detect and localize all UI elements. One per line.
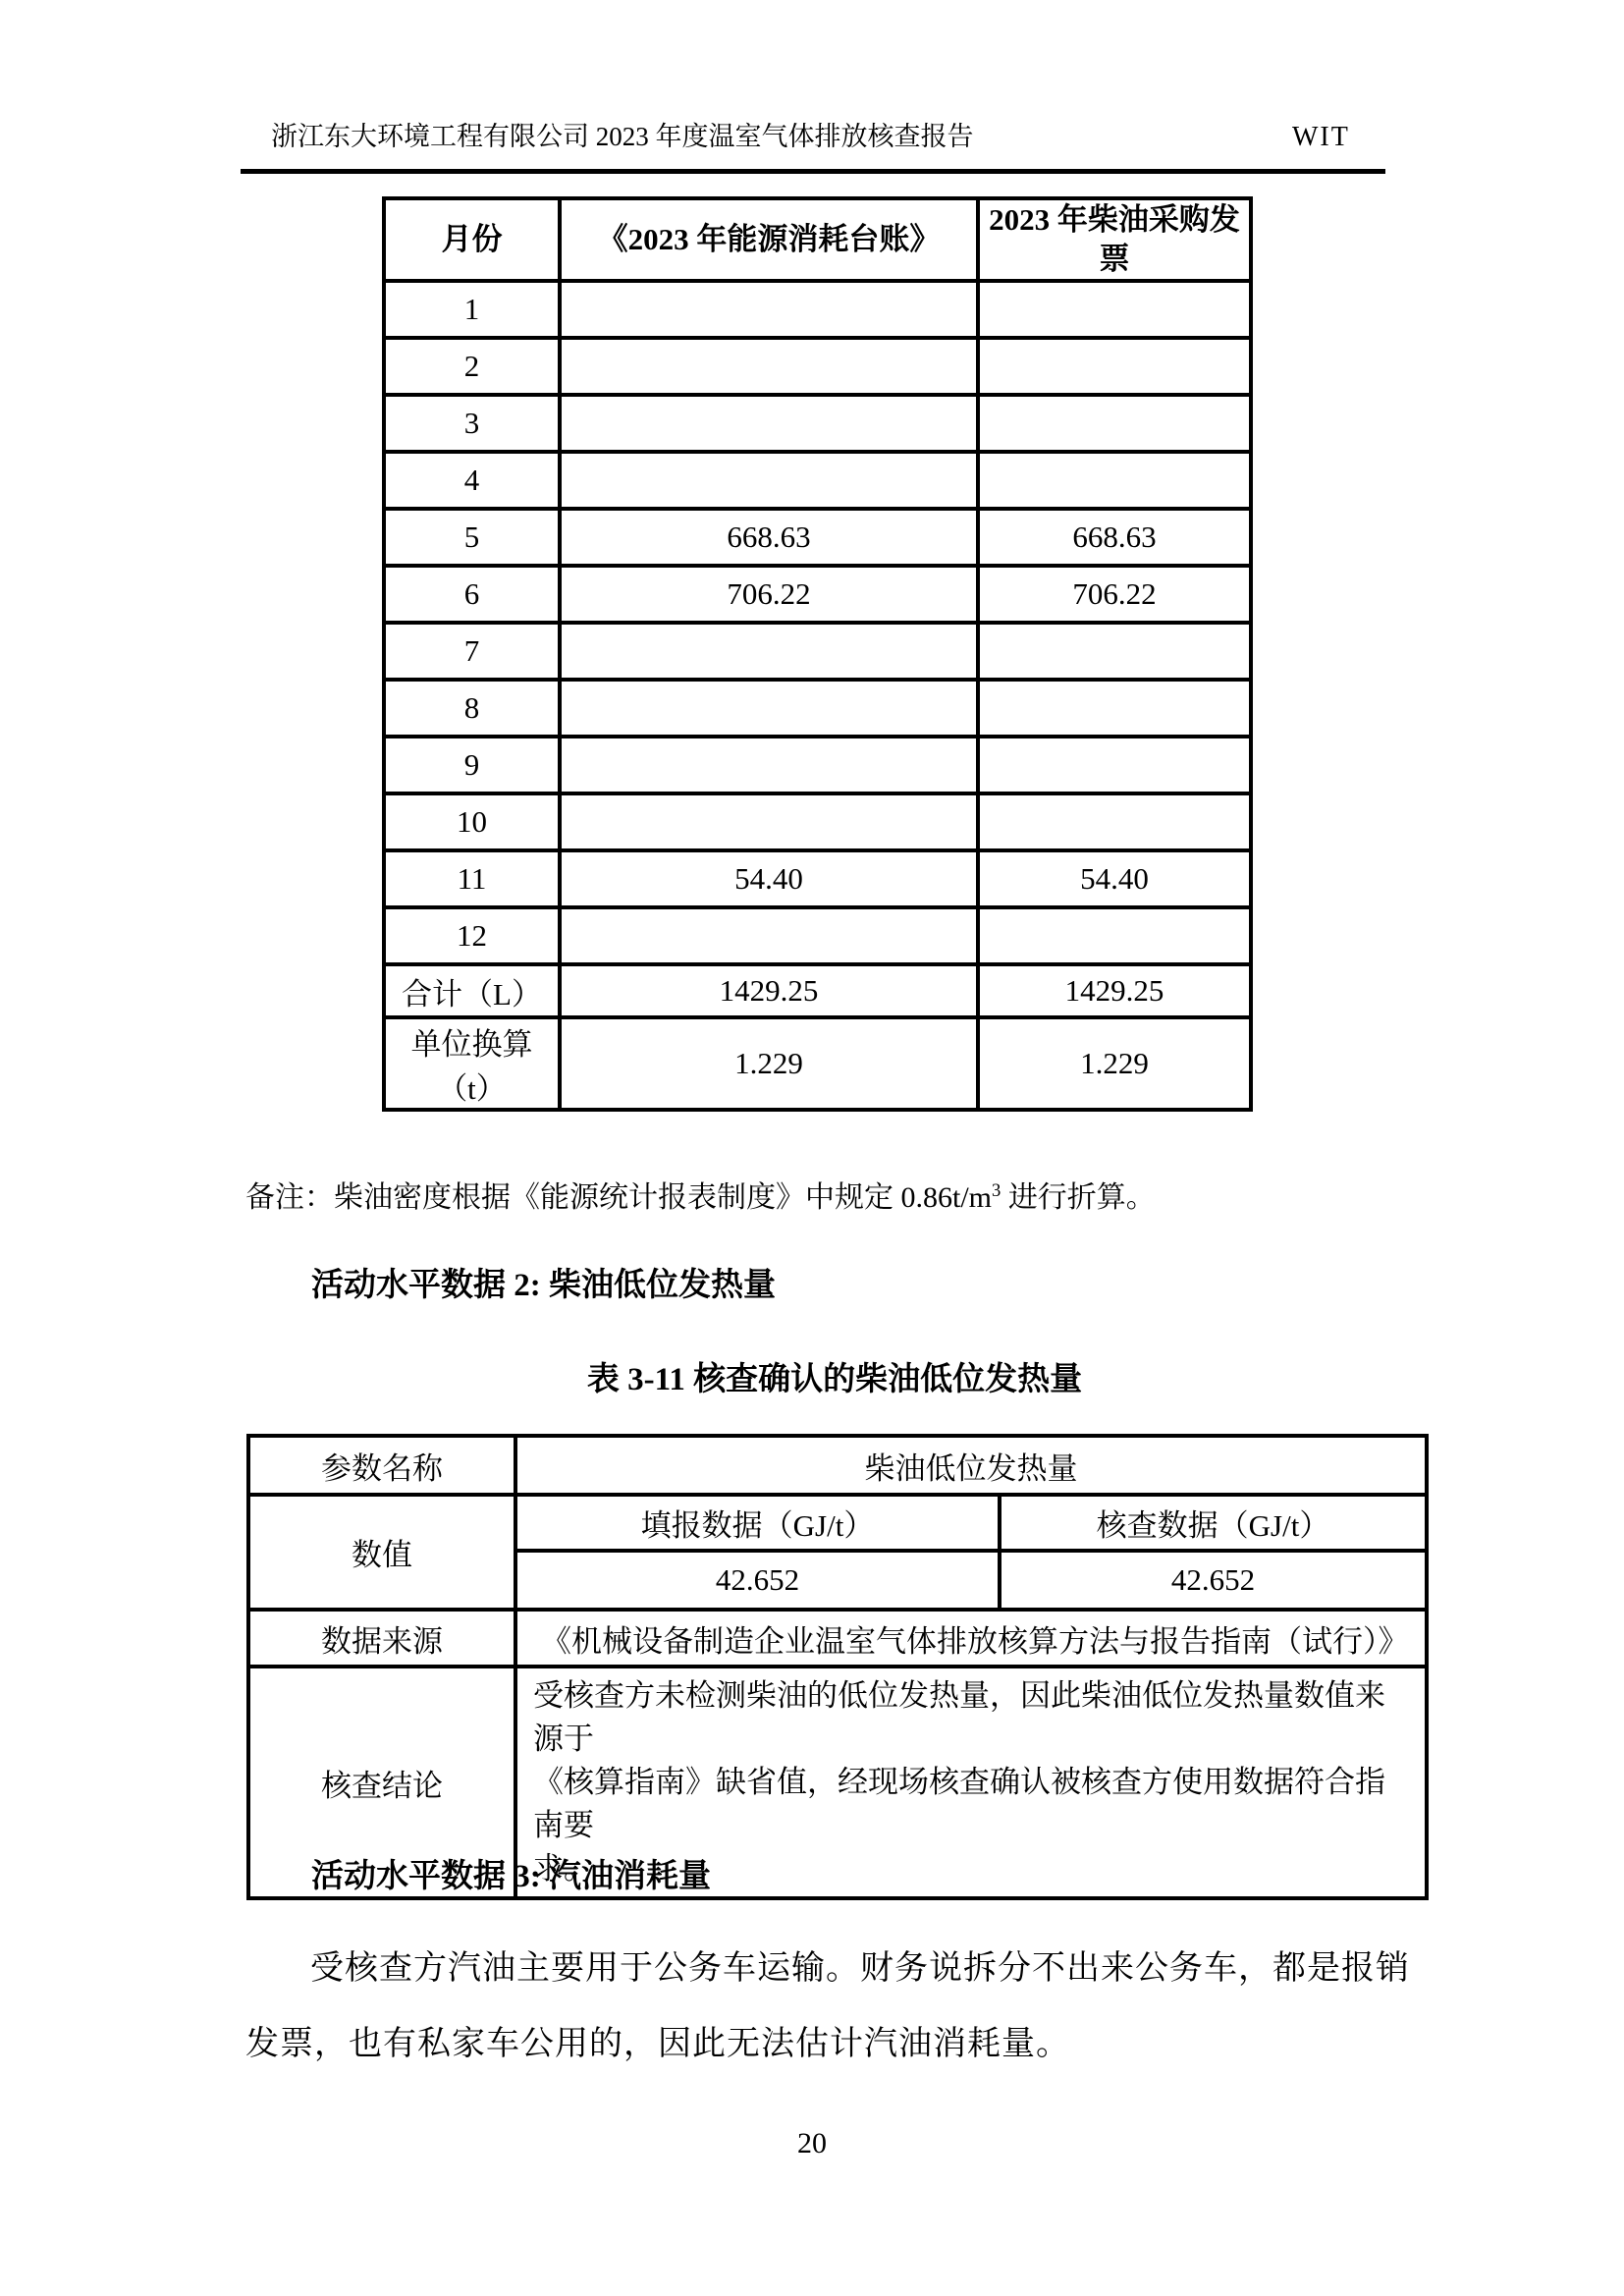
section-heading-activity-data-3: 活动水平数据 3: 汽油消耗量 [311,1858,711,1895]
footnote-text-suffix: 进行折算。 [1001,1181,1156,1214]
verified-data-header-cell: 核查数据（GJ/t） [1000,1495,1427,1551]
section-heading-activity-data-2: 活动水平数据 2: 柴油低位发热量 [311,1267,776,1304]
invoice-value-cell: 54.40 [978,850,1251,907]
unit-conversion-label-cell: 单位换算 （t） [384,1017,560,1110]
ledger-value-cell [560,452,978,509]
ledger-total-cell: 1429.25 [560,964,978,1017]
ledger-value-cell [560,907,978,964]
footnote-superscript: 3 [992,1180,1001,1201]
invoice-value-cell [978,338,1251,395]
invoice-value-cell [978,737,1251,793]
total-label-cell: 合计（L） [384,964,560,1017]
table-3-11-title: 表 3-11 核查确认的柴油低位发热量 [245,1361,1424,1398]
ledger-value-cell: 668.63 [560,509,978,566]
month-cell: 5 [384,509,560,566]
table-row: 8 [384,680,1251,737]
ledger-value-cell [560,338,978,395]
month-cell: 4 [384,452,560,509]
parameter-label-cell: 参数名称 [248,1436,515,1495]
header-divider [241,169,1385,174]
body-paragraph-line-2: 发票，也有私家车公用的，因此无法估计汽油消耗量。 [245,2024,1070,2065]
ledger-value-cell: 706.22 [560,566,978,623]
table-row: 5 668.63 668.63 [384,509,1251,566]
ledger-conversion-cell: 1.229 [560,1017,978,1110]
table-row: 4 [384,452,1251,509]
heating-value-table: 参数名称 柴油低位发热量 数值 填报数据（GJ/t） 核查数据（GJ/t） 42… [246,1434,1429,1900]
table-row: 11 54.40 54.40 [384,850,1251,907]
invoice-value-cell: 706.22 [978,566,1251,623]
month-column-header: 月份 [384,198,560,281]
unit-conversion-row: 单位换算 （t） 1.229 1.229 [384,1017,1251,1110]
data-source-row: 数据来源 《机械设备制造企业温室气体排放核算方法与报告指南（试行）》 [248,1610,1427,1667]
reported-data-header-cell: 填报数据（GJ/t） [515,1495,1000,1551]
table-row: 9 [384,737,1251,793]
invoice-value-cell [978,793,1251,850]
invoice-value-cell [978,907,1251,964]
month-cell: 9 [384,737,560,793]
month-cell: 2 [384,338,560,395]
table-row: 12 [384,907,1251,964]
invoice-value-cell [978,281,1251,338]
ledger-value-cell [560,680,978,737]
footnote-text: 备注：柴油密度根据《能源统计报表制度》中规定 0.86t/m [245,1181,992,1214]
invoice-value-cell [978,680,1251,737]
month-cell: 3 [384,395,560,452]
ledger-value-cell: 54.40 [560,850,978,907]
reported-value-cell: 42.652 [515,1551,1000,1610]
month-cell: 7 [384,623,560,680]
month-cell: 6 [384,566,560,623]
table-header-row: 月份 《2023 年能源消耗台账》 2023 年柴油采购发 票 [384,198,1251,281]
table-row: 3 [384,395,1251,452]
invoice-total-cell: 1429.25 [978,964,1251,1017]
value-header-row: 数值 填报数据（GJ/t） 核查数据（GJ/t） [248,1495,1427,1551]
ledger-column-header: 《2023 年能源消耗台账》 [560,198,978,281]
ledger-value-cell [560,395,978,452]
data-source-value-cell: 《机械设备制造企业温室气体排放核算方法与报告指南（试行）》 [515,1610,1427,1667]
table-row: 7 [384,623,1251,680]
ledger-value-cell [560,623,978,680]
data-source-label-cell: 数据来源 [248,1610,515,1667]
parameter-row: 参数名称 柴油低位发热量 [248,1436,1427,1495]
table-row: 6 706.22 706.22 [384,566,1251,623]
month-cell: 8 [384,680,560,737]
table-footnote: 备注：柴油密度根据《能源统计报表制度》中规定 0.86t/m3 进行折算。 [245,1173,1156,1217]
ledger-value-cell [560,793,978,850]
page-number: 20 [0,2127,1624,2160]
invoice-conversion-cell: 1.229 [978,1017,1251,1110]
invoice-value-cell [978,452,1251,509]
document-header-title: 浙江东大环境工程有限公司 2023 年度温室气体排放核查报告 [271,120,974,153]
fuel-consumption-table: 月份 《2023 年能源消耗台账》 2023 年柴油采购发 票 1 2 3 [382,196,1253,1112]
invoice-value-cell [978,623,1251,680]
month-cell: 1 [384,281,560,338]
ledger-value-cell [560,281,978,338]
parameter-value-cell: 柴油低位发热量 [515,1436,1427,1495]
ledger-value-cell [560,737,978,793]
invoice-value-cell [978,395,1251,452]
invoice-value-cell: 668.63 [978,509,1251,566]
table-row: 10 [384,793,1251,850]
month-cell: 10 [384,793,560,850]
document-header-mark: WIT [1292,122,1350,153]
invoice-column-header: 2023 年柴油采购发 票 [978,198,1251,281]
report-page: 浙江东大环境工程有限公司 2023 年度温室气体排放核查报告 WIT 月份 《2… [0,0,1624,2296]
body-paragraph-line-1: 受核查方汽油主要用于公务车运输。财务说拆分不出来公务车，都是报销 [310,1948,1410,1990]
month-cell: 12 [384,907,560,964]
table-row: 2 [384,338,1251,395]
total-row: 合计（L） 1429.25 1429.25 [384,964,1251,1017]
value-label-cell: 数值 [248,1495,515,1610]
table-row: 1 [384,281,1251,338]
month-cell: 11 [384,850,560,907]
verified-value-cell: 42.652 [1000,1551,1427,1610]
